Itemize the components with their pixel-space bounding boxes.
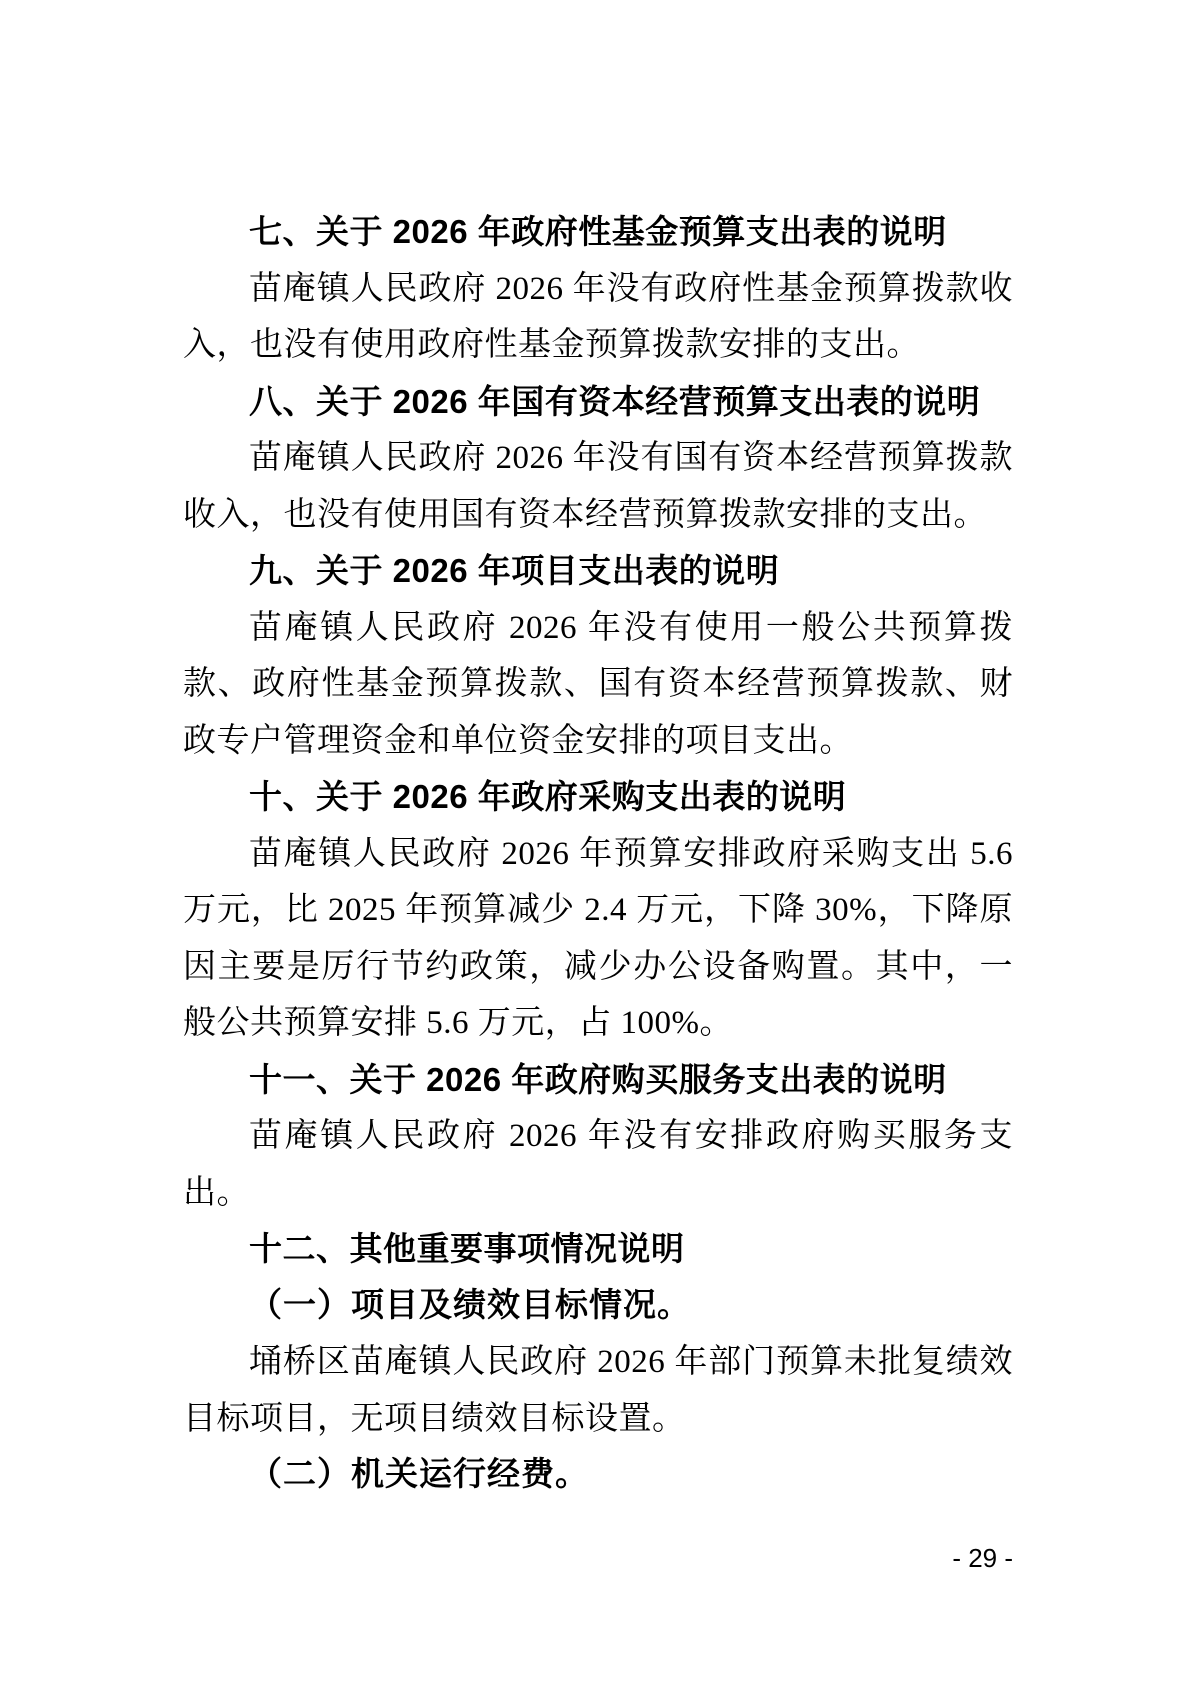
document-body: 七、关于 2026 年政府性基金预算支出表的说明 苗庵镇人民政府 2026 年没… — [183, 204, 1013, 1504]
heading-12-other-important-matters: 十二、其他重要事项情况说明 — [183, 1221, 1013, 1278]
page-number: - 29 - — [952, 1543, 1013, 1573]
para-10-gov-procurement: 苗庵镇人民政府 2026 年预算安排政府采购支出 5.6 万元，比 2025 年… — [183, 826, 1013, 1052]
para-9-project-expenditure: 苗庵镇人民政府 2026 年没有使用一般公共预算拨款、政府性基金预算拨款、国有资… — [183, 600, 1013, 770]
document-page: 七、关于 2026 年政府性基金预算支出表的说明 苗庵镇人民政府 2026 年没… — [0, 0, 1190, 1683]
para-12-1-performance-goals: 埇桥区苗庵镇人民政府 2026 年部门预算未批复绩效目标项目，无项目绩效目标设置… — [183, 1334, 1013, 1447]
heading-7-gov-fund-budget-expenditure: 七、关于 2026 年政府性基金预算支出表的说明 — [183, 204, 1013, 261]
para-7-gov-fund-budget: 苗庵镇人民政府 2026 年没有政府性基金预算拨款收入，也没有使用政府性基金预算… — [183, 261, 1013, 374]
heading-8-state-capital-budget-expenditure: 八、关于 2026 年国有资本经营预算支出表的说明 — [183, 374, 1013, 431]
heading-10-gov-procurement-expenditure: 十、关于 2026 年政府采购支出表的说明 — [183, 769, 1013, 826]
para-8-state-capital-budget: 苗庵镇人民政府 2026 年没有国有资本经营预算拨款收入，也没有使用国有资本经营… — [183, 430, 1013, 543]
subheading-12-2-agency-operating-funds: （二）机关运行经费。 — [183, 1447, 1013, 1504]
heading-9-project-expenditure: 九、关于 2026 年项目支出表的说明 — [183, 543, 1013, 600]
heading-11-gov-purchased-services: 十一、关于 2026 年政府购买服务支出表的说明 — [183, 1052, 1013, 1109]
para-11-gov-purchased-services: 苗庵镇人民政府 2026 年没有安排政府购买服务支出。 — [183, 1108, 1013, 1221]
subheading-12-1-project-performance-goals: （一）项目及绩效目标情况。 — [183, 1278, 1013, 1335]
